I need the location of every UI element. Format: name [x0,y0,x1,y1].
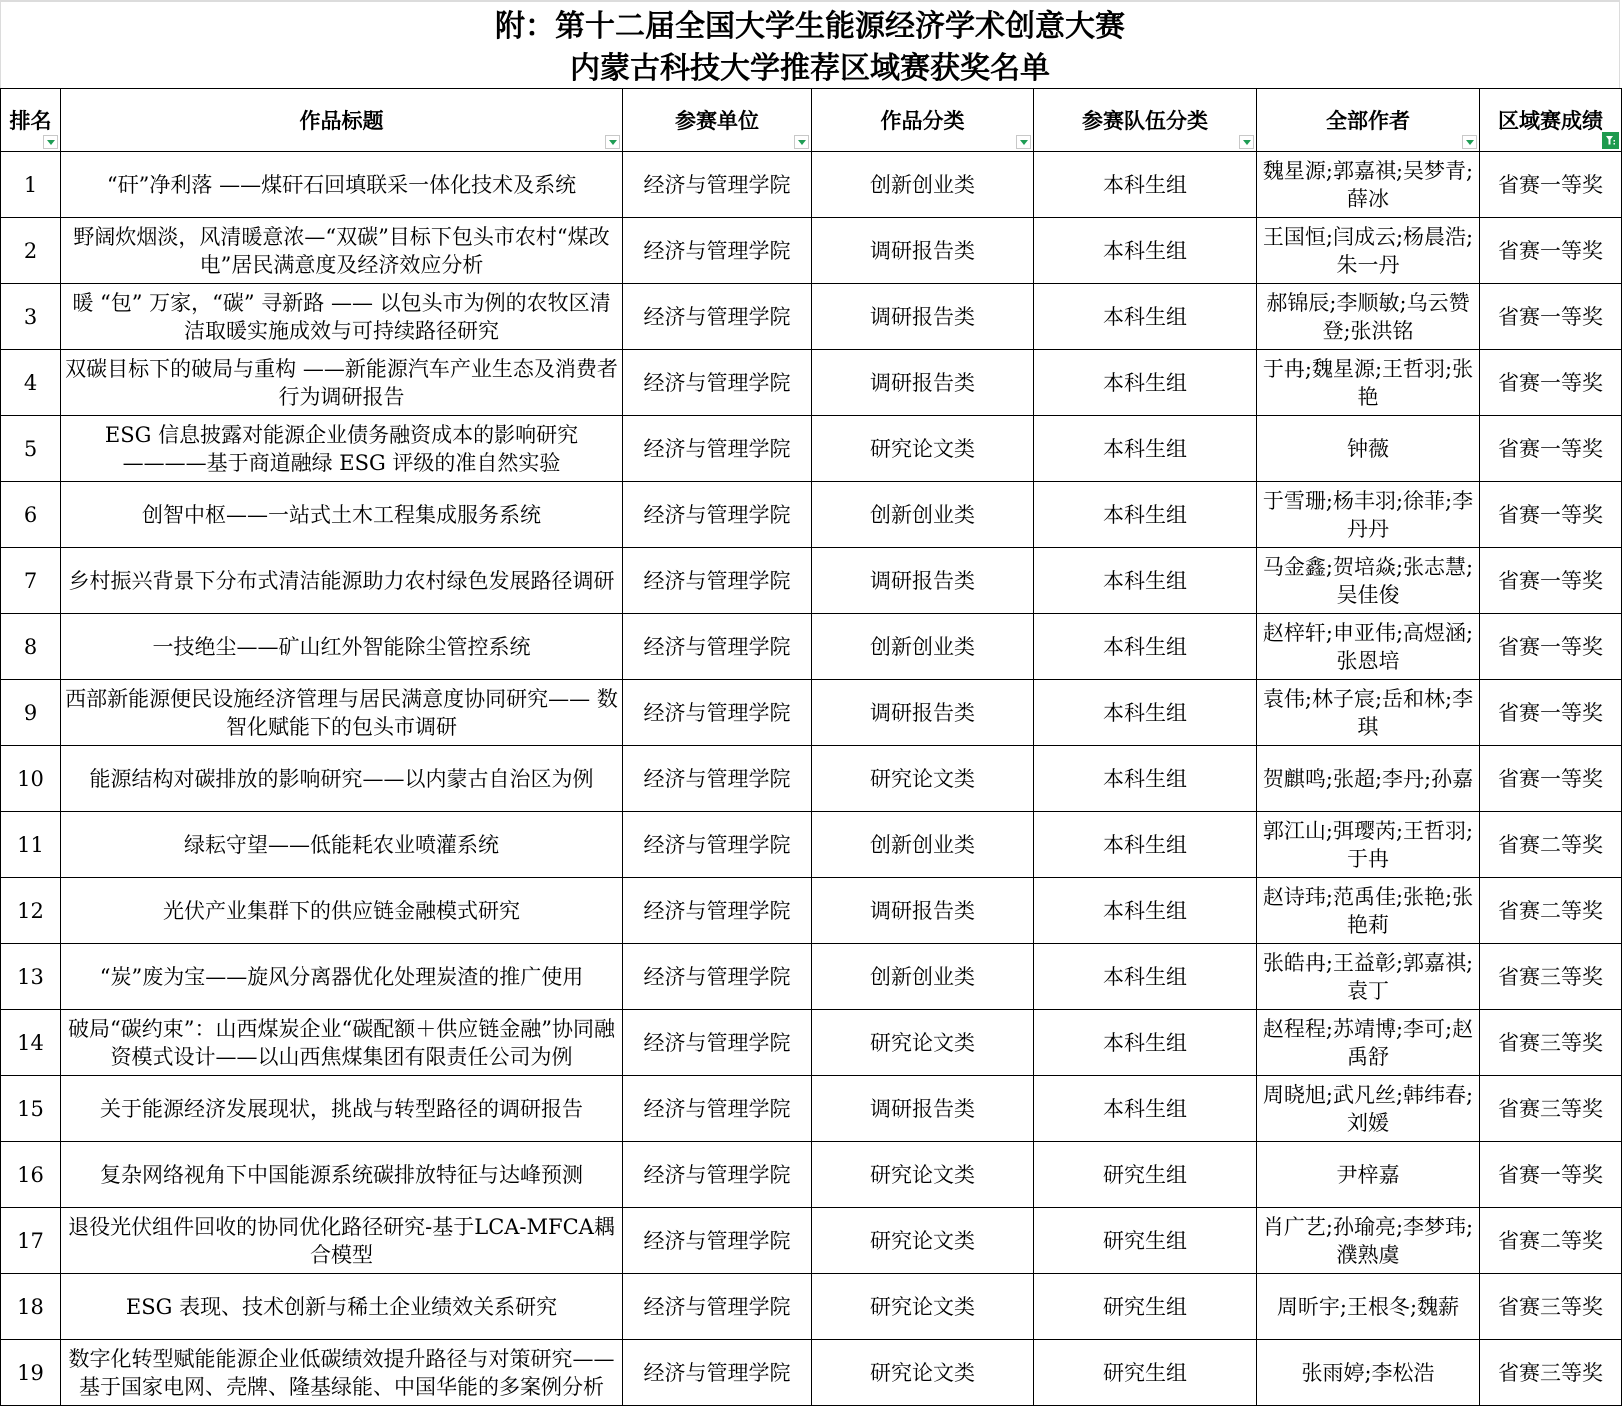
rank-value: 5 [5,435,56,463]
title-value: 西部新能源便民设施经济管理与居民满意度协同研究—— 数智化赋能下的包头市调研 [65,685,618,741]
col-header-label: 全部作者 [1326,109,1410,133]
title-value: 退役光伏组件回收的协同优化路径研究-基于LCA-MFCA耦合模型 [65,1213,618,1269]
title-value: 光伏产业集群下的供应链金融模式研究 [65,897,618,925]
result-cell[interactable]: 省赛三等奖 [1480,1010,1622,1076]
chevron-down-icon [609,140,617,145]
table-row: 1 “矸”净利落 ——煤矸石回填联采一体化技术及系统 经济与管理学院 创新创业类… [1,152,1622,218]
category-value: 研究论文类 [816,435,1029,463]
rank-cell[interactable]: 8 [1,614,61,680]
rank-value: 12 [5,897,56,925]
unit-value: 经济与管理学院 [627,435,807,463]
rank-value: 3 [5,303,56,331]
rank-cell[interactable]: 3 [1,284,61,350]
category-cell[interactable]: 调研报告类 [812,548,1034,614]
authors-value: 于雪珊;杨丰羽;徐菲;李丹丹 [1261,487,1475,543]
table-row: 11 绿耘守望——低能耗农业喷灌系统 经济与管理学院 创新创业类 本科生组 郭江… [1,812,1622,878]
category-cell[interactable]: 研究论文类 [812,416,1034,482]
rank-cell[interactable]: 12 [1,878,61,944]
authors-cell[interactable]: 魏星源;郭嘉祺;吴梦青;薛冰 [1257,152,1480,218]
unit-value: 经济与管理学院 [627,567,807,595]
rank-value: 11 [5,831,56,859]
team-value: 本科生组 [1038,1029,1252,1057]
filter-dropdown-button[interactable] [1239,135,1254,149]
table-row: 10 能源结构对碳排放的影响研究——以内蒙古自治区为例 经济与管理学院 研究论文… [1,746,1622,812]
authors-value: 赵程程;苏靖博;李可;赵禹舒 [1261,1015,1475,1071]
filter-dropdown-button[interactable] [605,135,620,149]
team-cell[interactable]: 研究生组 [1034,1340,1257,1406]
team-cell[interactable]: 本科生组 [1034,680,1257,746]
authors-cell[interactable]: 张雨婷;李松浩 [1257,1340,1480,1406]
title-cell[interactable]: 光伏产业集群下的供应链金融模式研究 [61,878,623,944]
team-value: 本科生组 [1038,633,1252,661]
rank-cell[interactable]: 15 [1,1076,61,1142]
unit-value: 经济与管理学院 [627,765,807,793]
unit-cell[interactable]: 经济与管理学院 [623,1208,812,1274]
authors-cell[interactable]: 于雪珊;杨丰羽;徐菲;李丹丹 [1257,482,1480,548]
category-value: 调研报告类 [816,237,1029,265]
team-value: 研究生组 [1038,1161,1252,1189]
col-header-unit[interactable]: 参赛单位 [623,89,812,152]
unit-cell[interactable]: 经济与管理学院 [623,1340,812,1406]
team-cell[interactable]: 本科生组 [1034,812,1257,878]
title-value: 能源结构对碳排放的影响研究——以内蒙古自治区为例 [65,765,618,793]
unit-cell[interactable]: 经济与管理学院 [623,152,812,218]
category-value: 创新创业类 [816,831,1029,859]
team-cell[interactable]: 本科生组 [1034,614,1257,680]
rank-cell[interactable]: 1 [1,152,61,218]
unit-value: 经济与管理学院 [627,1227,807,1255]
category-cell[interactable]: 调研报告类 [812,218,1034,284]
result-cell[interactable]: 省赛一等奖 [1480,482,1622,548]
filter-dropdown-button[interactable] [1462,135,1477,149]
rank-cell[interactable]: 4 [1,350,61,416]
title-cell[interactable]: 破局“碳约束”：山西煤炭企业“碳配额＋供应链金融”协同融资模式设计——以山西焦煤… [61,1010,623,1076]
chevron-down-icon [1020,140,1028,145]
result-value: 省赛三等奖 [1484,1095,1617,1123]
col-header-title[interactable]: 作品标题 [61,89,623,152]
team-value: 本科生组 [1038,897,1252,925]
authors-cell[interactable]: 钟薇 [1257,416,1480,482]
result-cell[interactable]: 省赛一等奖 [1480,548,1622,614]
rank-cell[interactable]: 2 [1,218,61,284]
authors-cell[interactable]: 贺麒鸣;张超;李丹;孙嘉 [1257,746,1480,812]
title-value: 绿耘守望——低能耗农业喷灌系统 [65,831,618,859]
title-cell[interactable]: 退役光伏组件回收的协同优化路径研究-基于LCA-MFCA耦合模型 [61,1208,623,1274]
table-row: 3 暖 “包” 万家，“碳” 寻新路 —— 以包头市为例的农牧区清洁取暖实施成效… [1,284,1622,350]
table-row: 2 野阔炊烟淡，风清暖意浓—“双碳”目标下包头市农村“煤改电”居民满意度及经济效… [1,218,1622,284]
title-value: 复杂网络视角下中国能源系统碳排放特征与达峰预测 [65,1161,618,1189]
authors-cell[interactable]: 赵程程;苏靖博;李可;赵禹舒 [1257,1010,1480,1076]
result-value: 省赛二等奖 [1484,831,1617,859]
rank-value: 17 [5,1227,56,1255]
category-cell[interactable]: 研究论文类 [812,1208,1034,1274]
rank-value: 16 [5,1161,56,1189]
col-header-authors[interactable]: 全部作者 [1257,89,1480,152]
unit-cell[interactable]: 经济与管理学院 [623,878,812,944]
unit-value: 经济与管理学院 [627,303,807,331]
team-value: 本科生组 [1038,303,1252,331]
col-header-label: 作品标题 [300,109,384,133]
unit-value: 经济与管理学院 [627,1029,807,1057]
rank-cell[interactable]: 13 [1,944,61,1010]
category-value: 调研报告类 [816,699,1029,727]
authors-value: 赵诗玮;范禹佳;张艳;张艳莉 [1261,883,1475,939]
rank-cell[interactable]: 14 [1,1010,61,1076]
result-cell[interactable]: 省赛一等奖 [1480,680,1622,746]
team-cell[interactable]: 本科生组 [1034,416,1257,482]
team-cell[interactable]: 本科生组 [1034,218,1257,284]
col-header-label: 参赛单位 [675,109,759,133]
authors-value: 赵梓轩;申亚伟;高煜涵;张恩培 [1261,619,1475,675]
result-value: 省赛三等奖 [1484,1293,1617,1321]
result-cell[interactable]: 省赛三等奖 [1480,1274,1622,1340]
unit-cell[interactable]: 经济与管理学院 [623,614,812,680]
result-value: 省赛一等奖 [1484,765,1617,793]
rank-value: 13 [5,963,56,991]
category-value: 研究论文类 [816,1227,1029,1255]
category-cell[interactable]: 创新创业类 [812,152,1034,218]
unit-cell[interactable]: 经济与管理学院 [623,680,812,746]
team-value: 本科生组 [1038,1095,1252,1123]
title-value: 破局“碳约束”：山西煤炭企业“碳配额＋供应链金融”协同融资模式设计——以山西焦煤… [65,1015,618,1071]
category-cell[interactable]: 创新创业类 [812,482,1034,548]
unit-cell[interactable]: 经济与管理学院 [623,1142,812,1208]
chevron-down-icon [1243,140,1251,145]
result-cell[interactable]: 省赛一等奖 [1480,614,1622,680]
authors-value: 张雨婷;李松浩 [1261,1359,1475,1387]
table-row: 12 光伏产业集群下的供应链金融模式研究 经济与管理学院 调研报告类 本科生组 … [1,878,1622,944]
rank-cell[interactable]: 17 [1,1208,61,1274]
team-cell[interactable]: 研究生组 [1034,1142,1257,1208]
result-value: 省赛二等奖 [1484,1227,1617,1255]
title-value: 数字化转型赋能能源企业低碳绩效提升路径与对策研究——基于国家电网、壳牌、隆基绿能… [65,1345,618,1401]
result-value: 省赛一等奖 [1484,435,1617,463]
authors-cell[interactable]: 郭江山;弭璎芮;王哲羽;于冉 [1257,812,1480,878]
title-cell[interactable]: 野阔炊烟淡，风清暖意浓—“双碳”目标下包头市农村“煤改电”居民满意度及经济效应分… [61,218,623,284]
category-cell[interactable]: 调研报告类 [812,878,1034,944]
result-cell[interactable]: 省赛二等奖 [1480,812,1622,878]
rank-cell[interactable]: 5 [1,416,61,482]
authors-cell[interactable]: 尹梓嘉 [1257,1142,1480,1208]
authors-value: 袁伟;林子宸;岳和林;李琪 [1261,685,1475,741]
unit-value: 经济与管理学院 [627,1359,807,1387]
team-value: 本科生组 [1038,237,1252,265]
team-value: 研究生组 [1038,1293,1252,1321]
category-cell[interactable]: 研究论文类 [812,1010,1034,1076]
team-cell[interactable]: 本科生组 [1034,284,1257,350]
unit-cell[interactable]: 经济与管理学院 [623,944,812,1010]
category-value: 研究论文类 [816,765,1029,793]
table-row: 7 乡村振兴背景下分布式清洁能源助力农村绿色发展路径调研 经济与管理学院 调研报… [1,548,1622,614]
table-row: 4 双碳目标下的破局与重构 ——新能源汽车产业生态及消费者行为调研报告 经济与管… [1,350,1622,416]
unit-value: 经济与管理学院 [627,237,807,265]
rank-value: 1 [5,171,56,199]
table-row: 13 “炭”废为宝——旋风分离器优化处理炭渣的推广使用 经济与管理学院 创新创业… [1,944,1622,1010]
authors-cell[interactable]: 周昕宇;王根冬;魏薪 [1257,1274,1480,1340]
unit-value: 经济与管理学院 [627,699,807,727]
category-cell[interactable]: 调研报告类 [812,1076,1034,1142]
rank-cell[interactable]: 10 [1,746,61,812]
title-value: 乡村振兴背景下分布式清洁能源助力农村绿色发展路径调研 [65,567,618,595]
category-cell[interactable]: 调研报告类 [812,284,1034,350]
category-value: 研究论文类 [816,1029,1029,1057]
unit-value: 经济与管理学院 [627,963,807,991]
col-header-rank[interactable]: 排名 [1,89,61,152]
unit-value: 经济与管理学院 [627,171,807,199]
unit-value: 经济与管理学院 [627,501,807,529]
unit-cell[interactable]: 经济与管理学院 [623,812,812,878]
team-cell[interactable]: 本科生组 [1034,878,1257,944]
title-line-2: 内蒙古科技大学推荐区域赛获奖名单 [1,50,1619,88]
category-value: 研究论文类 [816,1359,1029,1387]
title-cell[interactable]: 创智中枢——一站式土木工程集成服务系统 [61,482,623,548]
filter-funnel-icon [1605,135,1616,146]
authors-value: 贺麒鸣;张超;李丹;孙嘉 [1261,765,1475,793]
rank-cell[interactable]: 9 [1,680,61,746]
category-value: 创新创业类 [816,171,1029,199]
rank-value: 10 [5,765,56,793]
category-cell[interactable]: 创新创业类 [812,812,1034,878]
authors-cell[interactable]: 张皓冉;王益彰;郭嘉祺;袁丁 [1257,944,1480,1010]
result-cell[interactable]: 省赛二等奖 [1480,878,1622,944]
col-header-label: 区域赛成绩 [1498,109,1603,133]
authors-cell[interactable]: 肖广艺;孙瑜亮;李梦玮;濮熟虞 [1257,1208,1480,1274]
authors-value: 张皓冉;王益彰;郭嘉祺;袁丁 [1261,949,1475,1005]
filter-dropdown-button[interactable] [43,135,58,149]
rank-cell[interactable]: 6 [1,482,61,548]
authors-value: 王国恒;闫成云;杨晨浩;朱一丹 [1261,223,1475,279]
col-header-label: 作品分类 [881,109,965,133]
authors-value: 郭江山;弭璎芮;王哲羽;于冉 [1261,817,1475,873]
col-header-label: 参赛队伍分类 [1082,109,1208,133]
result-cell[interactable]: 省赛一等奖 [1480,218,1622,284]
chevron-down-icon [47,140,55,145]
result-value: 省赛三等奖 [1484,1029,1617,1057]
team-value: 研究生组 [1038,1359,1252,1387]
result-value: 省赛三等奖 [1484,963,1617,991]
rank-value: 18 [5,1293,56,1321]
title-cell[interactable]: 绿耘守望——低能耗农业喷灌系统 [61,812,623,878]
result-value: 省赛一等奖 [1484,171,1617,199]
title-cell[interactable]: 关于能源经济发展现状，挑战与转型路径的调研报告 [61,1076,623,1142]
unit-cell[interactable]: 经济与管理学院 [623,1274,812,1340]
result-value: 省赛一等奖 [1484,633,1617,661]
filter-dropdown-button[interactable] [794,135,809,149]
unit-value: 经济与管理学院 [627,633,807,661]
unit-cell[interactable]: 经济与管理学院 [623,218,812,284]
rank-value: 15 [5,1095,56,1123]
table-row: 19 数字化转型赋能能源企业低碳绩效提升路径与对策研究——基于国家电网、壳牌、隆… [1,1340,1622,1406]
unit-cell[interactable]: 经济与管理学院 [623,548,812,614]
category-cell[interactable]: 研究论文类 [812,746,1034,812]
unit-cell[interactable]: 经济与管理学院 [623,482,812,548]
team-cell[interactable]: 本科生组 [1034,1076,1257,1142]
category-cell[interactable]: 调研报告类 [812,680,1034,746]
table-row: 17 退役光伏组件回收的协同优化路径研究-基于LCA-MFCA耦合模型 经济与管… [1,1208,1622,1274]
table-row: 5 ESG 信息披露对能源企业债务融资成本的影响研究————基于商道融绿 ESG… [1,416,1622,482]
result-cell[interactable]: 省赛三等奖 [1480,944,1622,1010]
category-cell[interactable]: 研究论文类 [812,1340,1034,1406]
title-value: “矸”净利落 ——煤矸石回填联采一体化技术及系统 [65,171,618,199]
authors-value: 于冉;魏星源;王哲羽;张艳 [1261,355,1475,411]
title-value: “炭”废为宝——旋风分离器优化处理炭渣的推广使用 [65,963,618,991]
table-row: 8 一技绝尘——矿山红外智能除尘管控系统 经济与管理学院 创新创业类 本科生组 … [1,614,1622,680]
authors-cell[interactable]: 赵梓轩;申亚伟;高煜涵;张恩培 [1257,614,1480,680]
unit-value: 经济与管理学院 [627,897,807,925]
authors-cell[interactable]: 郝锦辰;李顺敏;乌云赞登;张洪铭 [1257,284,1480,350]
team-cell[interactable]: 本科生组 [1034,1010,1257,1076]
result-cell[interactable]: 省赛一等奖 [1480,350,1622,416]
category-cell[interactable]: 创新创业类 [812,614,1034,680]
result-value: 省赛二等奖 [1484,897,1617,925]
result-cell[interactable]: 省赛三等奖 [1480,1076,1622,1142]
header-row: 排名 作品标题 参赛单位 作品分类 参赛队伍分类 全部作者 区域赛成绩 [1,89,1622,152]
team-value: 本科生组 [1038,831,1252,859]
title-value: ESG 信息披露对能源企业债务融资成本的影响研究————基于商道融绿 ESG 评… [65,421,618,477]
title-value: 双碳目标下的破局与重构 ——新能源汽车产业生态及消费者行为调研报告 [65,355,618,411]
col-header-label: 排名 [10,109,52,133]
title-cell[interactable]: 双碳目标下的破局与重构 ——新能源汽车产业生态及消费者行为调研报告 [61,350,623,416]
authors-value: 钟薇 [1261,435,1475,463]
title-cell[interactable]: ESG 表现、技术创新与稀土企业绩效关系研究 [61,1274,623,1340]
category-value: 创新创业类 [816,633,1029,661]
team-cell[interactable]: 本科生组 [1034,746,1257,812]
title-cell[interactable]: 暖 “包” 万家，“碳” 寻新路 —— 以包头市为例的农牧区清洁取暖实施成效与可… [61,284,623,350]
unit-cell[interactable]: 经济与管理学院 [623,746,812,812]
chevron-down-icon [1466,140,1474,145]
team-value: 本科生组 [1038,501,1252,529]
authors-cell[interactable]: 于冉;魏星源;王哲羽;张艳 [1257,350,1480,416]
authors-value: 肖广艺;孙瑜亮;李梦玮;濮熟虞 [1261,1213,1475,1269]
rank-cell[interactable]: 19 [1,1340,61,1406]
team-cell[interactable]: 研究生组 [1034,1208,1257,1274]
title-cell[interactable]: 乡村振兴背景下分布式清洁能源助力农村绿色发展路径调研 [61,548,623,614]
col-header-team[interactable]: 参赛队伍分类 [1034,89,1257,152]
unit-value: 经济与管理学院 [627,831,807,859]
authors-value: 周晓旭;武凡丝;韩纬春;刘媛 [1261,1081,1475,1137]
team-cell[interactable]: 本科生组 [1034,548,1257,614]
rank-value: 4 [5,369,56,397]
active-filter-button[interactable] [1602,132,1619,149]
authors-value: 魏星源;郭嘉祺;吴梦青;薛冰 [1261,157,1475,213]
rank-cell[interactable]: 11 [1,812,61,878]
title-value: 一技绝尘——矿山红外智能除尘管控系统 [65,633,618,661]
rank-value: 2 [5,237,56,265]
category-cell[interactable]: 研究论文类 [812,1274,1034,1340]
result-value: 省赛一等奖 [1484,1161,1617,1189]
table-row: 14 破局“碳约束”：山西煤炭企业“碳配额＋供应链金融”协同融资模式设计——以山… [1,1010,1622,1076]
team-value: 本科生组 [1038,963,1252,991]
category-cell[interactable]: 调研报告类 [812,350,1034,416]
category-value: 调研报告类 [816,897,1029,925]
category-cell[interactable]: 研究论文类 [812,1142,1034,1208]
table-row: 18 ESG 表现、技术创新与稀土企业绩效关系研究 经济与管理学院 研究论文类 … [1,1274,1622,1340]
rank-value: 9 [5,699,56,727]
result-value: 省赛一等奖 [1484,369,1617,397]
rank-cell[interactable]: 16 [1,1142,61,1208]
result-cell[interactable]: 省赛二等奖 [1480,1208,1622,1274]
title-line-1: 附：第十二届全国大学生能源经济学术创意大赛 [1,8,1619,46]
rank-cell[interactable]: 18 [1,1274,61,1340]
authors-value: 郝锦辰;李顺敏;乌云赞登;张洪铭 [1261,289,1475,345]
authors-cell[interactable]: 袁伟;林子宸;岳和林;李琪 [1257,680,1480,746]
unit-cell[interactable]: 经济与管理学院 [623,284,812,350]
team-value: 本科生组 [1038,765,1252,793]
sheet-title: 附：第十二届全国大学生能源经济学术创意大赛 内蒙古科技大学推荐区域赛获奖名单 [0,0,1620,88]
team-value: 本科生组 [1038,435,1252,463]
title-value: 创智中枢——一站式土木工程集成服务系统 [65,501,618,529]
awards-table: 排名 作品标题 参赛单位 作品分类 参赛队伍分类 全部作者 区域赛成绩 1 “矸… [0,88,1622,1406]
result-cell[interactable]: 省赛一等奖 [1480,1142,1622,1208]
team-cell[interactable]: 本科生组 [1034,152,1257,218]
table-row: 6 创智中枢——一站式土木工程集成服务系统 经济与管理学院 创新创业类 本科生组… [1,482,1622,548]
unit-value: 经济与管理学院 [627,1095,807,1123]
team-cell[interactable]: 研究生组 [1034,1274,1257,1340]
title-cell[interactable]: ESG 信息披露对能源企业债务融资成本的影响研究————基于商道融绿 ESG 评… [61,416,623,482]
unit-cell[interactable]: 经济与管理学院 [623,416,812,482]
unit-value: 经济与管理学院 [627,1161,807,1189]
category-value: 研究论文类 [816,1293,1029,1321]
unit-cell[interactable]: 经济与管理学院 [623,1010,812,1076]
rank-value: 8 [5,633,56,661]
team-value: 本科生组 [1038,369,1252,397]
category-value: 调研报告类 [816,303,1029,331]
result-cell[interactable]: 省赛一等奖 [1480,416,1622,482]
category-value: 调研报告类 [816,369,1029,397]
rank-cell[interactable]: 7 [1,548,61,614]
title-value: ESG 表现、技术创新与稀土企业绩效关系研究 [65,1293,618,1321]
rank-value: 7 [5,567,56,595]
authors-cell[interactable]: 马金鑫;贺培焱;张志慧;吴佳俊 [1257,548,1480,614]
unit-cell[interactable]: 经济与管理学院 [623,350,812,416]
category-value: 创新创业类 [816,501,1029,529]
chevron-down-icon [798,140,806,145]
result-cell[interactable]: 省赛一等奖 [1480,152,1622,218]
result-cell[interactable]: 省赛一等奖 [1480,746,1622,812]
team-cell[interactable]: 本科生组 [1034,482,1257,548]
team-cell[interactable]: 本科生组 [1034,944,1257,1010]
result-cell[interactable]: 省赛一等奖 [1480,284,1622,350]
authors-cell[interactable]: 王国恒;闫成云;杨晨浩;朱一丹 [1257,218,1480,284]
team-cell[interactable]: 本科生组 [1034,350,1257,416]
category-cell[interactable]: 创新创业类 [812,944,1034,1010]
title-cell[interactable]: 数字化转型赋能能源企业低碳绩效提升路径与对策研究——基于国家电网、壳牌、隆基绿能… [61,1340,623,1406]
title-cell[interactable]: 一技绝尘——矿山红外智能除尘管控系统 [61,614,623,680]
authors-cell[interactable]: 赵诗玮;范禹佳;张艳;张艳莉 [1257,878,1480,944]
unit-cell[interactable]: 经济与管理学院 [623,1076,812,1142]
rank-value: 14 [5,1029,56,1057]
title-cell[interactable]: 西部新能源便民设施经济管理与居民满意度协同研究—— 数智化赋能下的包头市调研 [61,680,623,746]
rank-value: 6 [5,501,56,529]
team-value: 研究生组 [1038,1227,1252,1255]
title-cell[interactable]: “炭”废为宝——旋风分离器优化处理炭渣的推广使用 [61,944,623,1010]
title-cell[interactable]: 复杂网络视角下中国能源系统碳排放特征与达峰预测 [61,1142,623,1208]
table-row: 15 关于能源经济发展现状，挑战与转型路径的调研报告 经济与管理学院 调研报告类… [1,1076,1622,1142]
title-value: 关于能源经济发展现状，挑战与转型路径的调研报告 [65,1095,618,1123]
col-header-category[interactable]: 作品分类 [812,89,1034,152]
filter-dropdown-button[interactable] [1016,135,1031,149]
category-value: 研究论文类 [816,1161,1029,1189]
title-cell[interactable]: “矸”净利落 ——煤矸石回填联采一体化技术及系统 [61,152,623,218]
unit-value: 经济与管理学院 [627,369,807,397]
title-value: 野阔炊烟淡，风清暖意浓—“双碳”目标下包头市农村“煤改电”居民满意度及经济效应分… [65,223,618,279]
result-value: 省赛一等奖 [1484,567,1617,595]
col-header-result[interactable]: 区域赛成绩 [1480,89,1622,152]
authors-cell[interactable]: 周晓旭;武凡丝;韩纬春;刘媛 [1257,1076,1480,1142]
title-cell[interactable]: 能源结构对碳排放的影响研究——以内蒙古自治区为例 [61,746,623,812]
authors-value: 周昕宇;王根冬;魏薪 [1261,1293,1475,1321]
result-cell[interactable]: 省赛三等奖 [1480,1340,1622,1406]
